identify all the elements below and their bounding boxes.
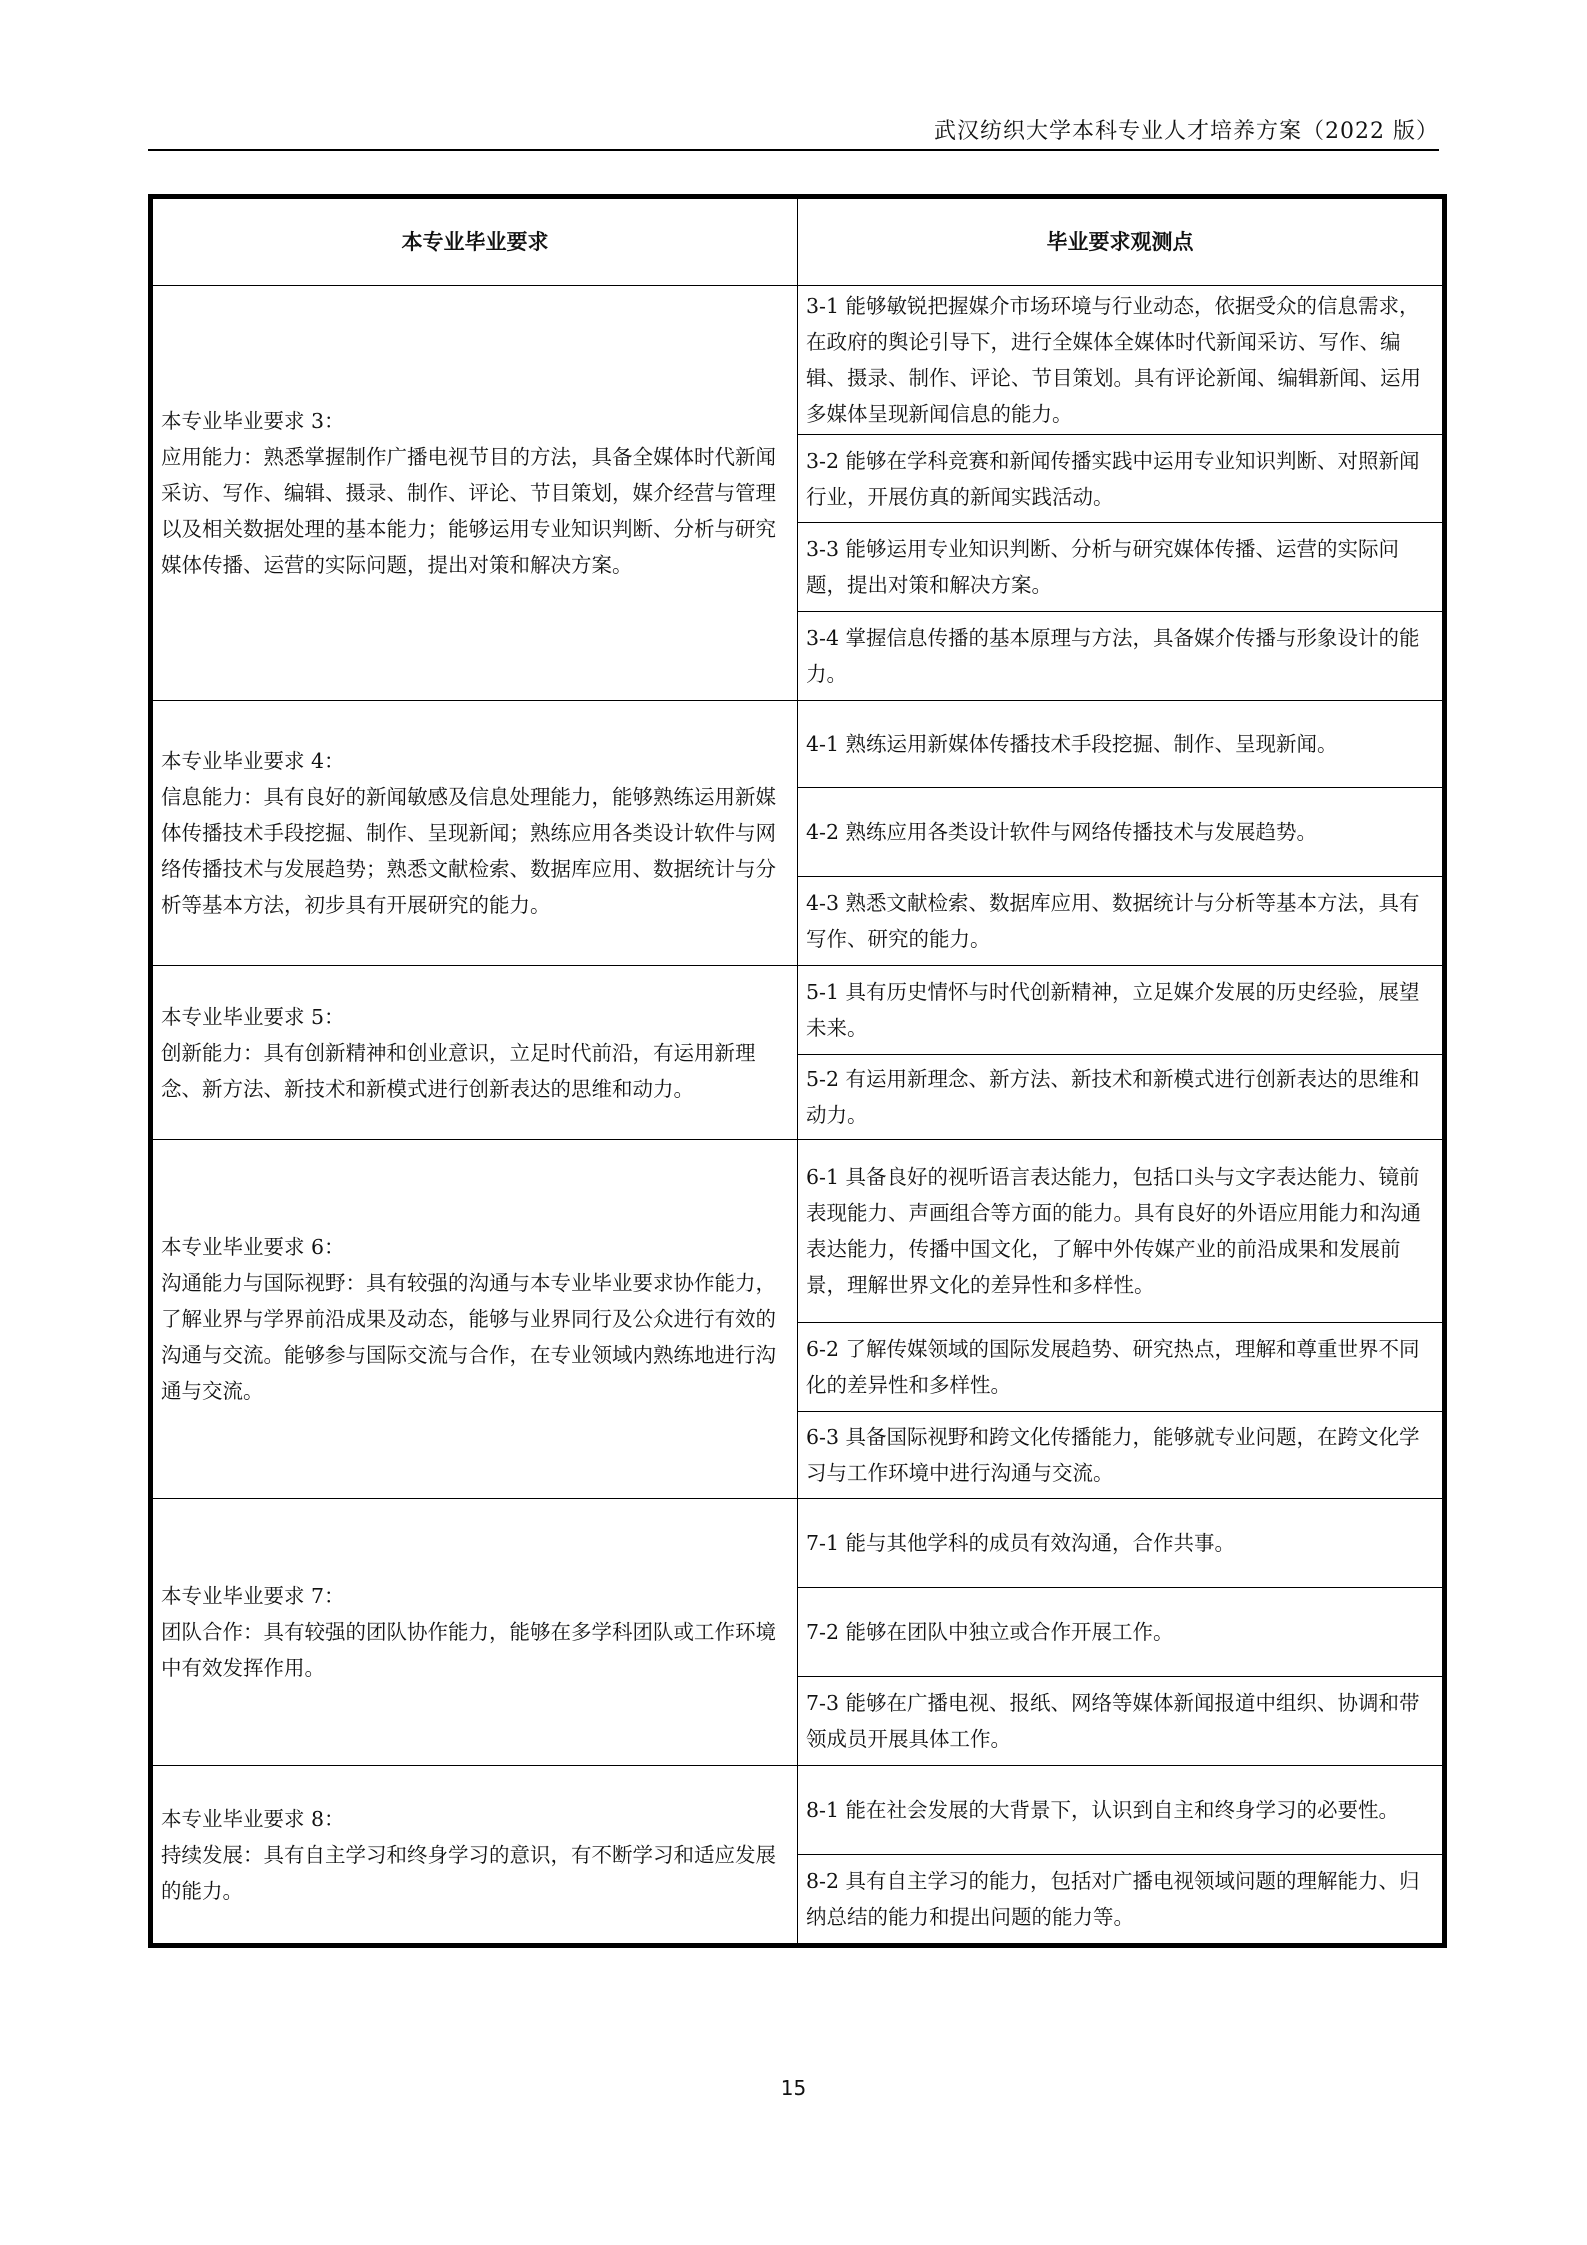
table-row: 本专业毕业要求 4： 信息能力：具有良好的新闻敏感及信息处理能力，能够熟练运用新… [151, 701, 1445, 788]
header-divider [148, 149, 1439, 151]
observation-point-4-2: 4-2 熟练应用各类设计软件与网络传播技术与发展趋势。 [798, 788, 1445, 877]
observation-point-7-2: 7-2 能够在团队中独立或合作开展工作。 [798, 1588, 1445, 1677]
requirement-title: 本专业毕业要求 8： [161, 1801, 789, 1837]
table-header-row: 本专业毕业要求 毕业要求观测点 [151, 197, 1445, 286]
table-row: 本专业毕业要求 6： 沟通能力与国际视野：具有较强的沟通与本专业毕业要求协作能力… [151, 1140, 1445, 1323]
observation-point-5-1: 5-1 具有历史情怀与时代创新精神，立足媒介发展的历史经验，展望未来。 [798, 966, 1445, 1055]
table-row: 本专业毕业要求 8： 持续发展：具有自主学习和终身学习的意识，有不断学习和适应发… [151, 1766, 1445, 1855]
observation-point-4-3: 4-3 熟悉文献检索、数据库应用、数据统计与分析等基本方法，具有写作、研究的能力… [798, 877, 1445, 966]
observation-point-7-3: 7-3 能够在广播电视、报纸、网络等媒体新闻报道中组织、协调和带领成员开展具体工… [798, 1677, 1445, 1766]
table-row: 本专业毕业要求 5： 创新能力：具有创新精神和创业意识，立足时代前沿，有运用新理… [151, 966, 1445, 1055]
observation-point-5-2: 5-2 有运用新理念、新方法、新技术和新模式进行创新表达的思维和动力。 [798, 1055, 1445, 1140]
observation-point-4-1: 4-1 熟练运用新媒体传播技术手段挖掘、制作、呈现新闻。 [798, 701, 1445, 788]
document-header-title: 武汉纺织大学本科专业人才培养方案（2022 版） [934, 114, 1439, 145]
requirement-description: 创新能力：具有创新精神和创业意识，立足时代前沿，有运用新理念、新方法、新技术和新… [161, 1035, 789, 1107]
requirement-cell-6: 本专业毕业要求 6： 沟通能力与国际视野：具有较强的沟通与本专业毕业要求协作能力… [151, 1140, 798, 1499]
observation-point-6-3: 6-3 具备国际视野和跨文化传播能力，能够就专业问题，在跨文化学习与工作环境中进… [798, 1412, 1445, 1499]
requirement-description: 应用能力：熟悉掌握制作广播电视节目的方法，具备全媒体时代新闻采访、写作、编辑、摄… [161, 439, 789, 583]
observation-point-8-2: 8-2 具有自主学习的能力，包括对广播电视领域问题的理解能力、归纳总结的能力和提… [798, 1855, 1445, 1946]
observation-point-3-3: 3-3 能够运用专业知识判断、分析与研究媒体传播、运营的实际问题，提出对策和解决… [798, 523, 1445, 612]
column-header-requirement: 本专业毕业要求 [151, 197, 798, 286]
observation-point-6-2: 6-2 了解传媒领域的国际发展趋势、研究热点，理解和尊重世界不同化的差异性和多样… [798, 1323, 1445, 1412]
observation-point-3-1: 3-1 能够敏锐把握媒介市场环境与行业动态，依据受众的信息需求，在政府的舆论引导… [798, 286, 1445, 435]
requirement-cell-7: 本专业毕业要求 7： 团队合作：具有较强的团队协作能力，能够在多学科团队或工作环… [151, 1499, 798, 1766]
requirement-cell-8: 本专业毕业要求 8： 持续发展：具有自主学习和终身学习的意识，有不断学习和适应发… [151, 1766, 798, 1946]
requirement-cell-4: 本专业毕业要求 4： 信息能力：具有良好的新闻敏感及信息处理能力，能够熟练运用新… [151, 701, 798, 966]
requirement-title: 本专业毕业要求 4： [161, 743, 789, 779]
requirement-title: 本专业毕业要求 7： [161, 1578, 789, 1614]
observation-point-6-1: 6-1 具备良好的视听语言表达能力，包括口头与文字表达能力、镜前表现能力、声画组… [798, 1140, 1445, 1323]
requirement-description: 团队合作：具有较强的团队协作能力，能够在多学科团队或工作环境中有效发挥作用。 [161, 1614, 789, 1686]
observation-point-3-2: 3-2 能够在学科竞赛和新闻传播实践中运用专业知识判断、对照新闻行业，开展仿真的… [798, 435, 1445, 523]
requirement-description: 信息能力：具有良好的新闻敏感及信息处理能力，能够熟练运用新媒体传播技术手段挖掘、… [161, 779, 789, 923]
page-number: 15 [0, 2076, 1587, 2100]
requirement-description: 沟通能力与国际视野：具有较强的沟通与本专业毕业要求协作能力，了解业界与学界前沿成… [161, 1265, 789, 1409]
observation-point-3-4: 3-4 掌握信息传播的基本原理与方法，具备媒介传播与形象设计的能力。 [798, 612, 1445, 701]
requirement-title: 本专业毕业要求 5： [161, 999, 789, 1035]
table-row: 本专业毕业要求 3： 应用能力：熟悉掌握制作广播电视节目的方法，具备全媒体时代新… [151, 286, 1445, 435]
observation-point-7-1: 7-1 能与其他学科的成员有效沟通，合作共事。 [798, 1499, 1445, 1588]
requirement-cell-5: 本专业毕业要求 5： 创新能力：具有创新精神和创业意识，立足时代前沿，有运用新理… [151, 966, 798, 1140]
column-header-observation-points: 毕业要求观测点 [798, 197, 1445, 286]
requirement-cell-3: 本专业毕业要求 3： 应用能力：熟悉掌握制作广播电视节目的方法，具备全媒体时代新… [151, 286, 798, 701]
requirement-title: 本专业毕业要求 6： [161, 1229, 789, 1265]
requirement-description: 持续发展：具有自主学习和终身学习的意识，有不断学习和适应发展的能力。 [161, 1837, 789, 1909]
observation-point-8-1: 8-1 能在社会发展的大背景下，认识到自主和终身学习的必要性。 [798, 1766, 1445, 1855]
requirement-title: 本专业毕业要求 3： [161, 403, 789, 439]
table-row: 本专业毕业要求 7： 团队合作：具有较强的团队协作能力，能够在多学科团队或工作环… [151, 1499, 1445, 1588]
graduation-requirements-table: 本专业毕业要求 毕业要求观测点 本专业毕业要求 3： 应用能力：熟悉掌握制作广播… [148, 194, 1447, 1948]
